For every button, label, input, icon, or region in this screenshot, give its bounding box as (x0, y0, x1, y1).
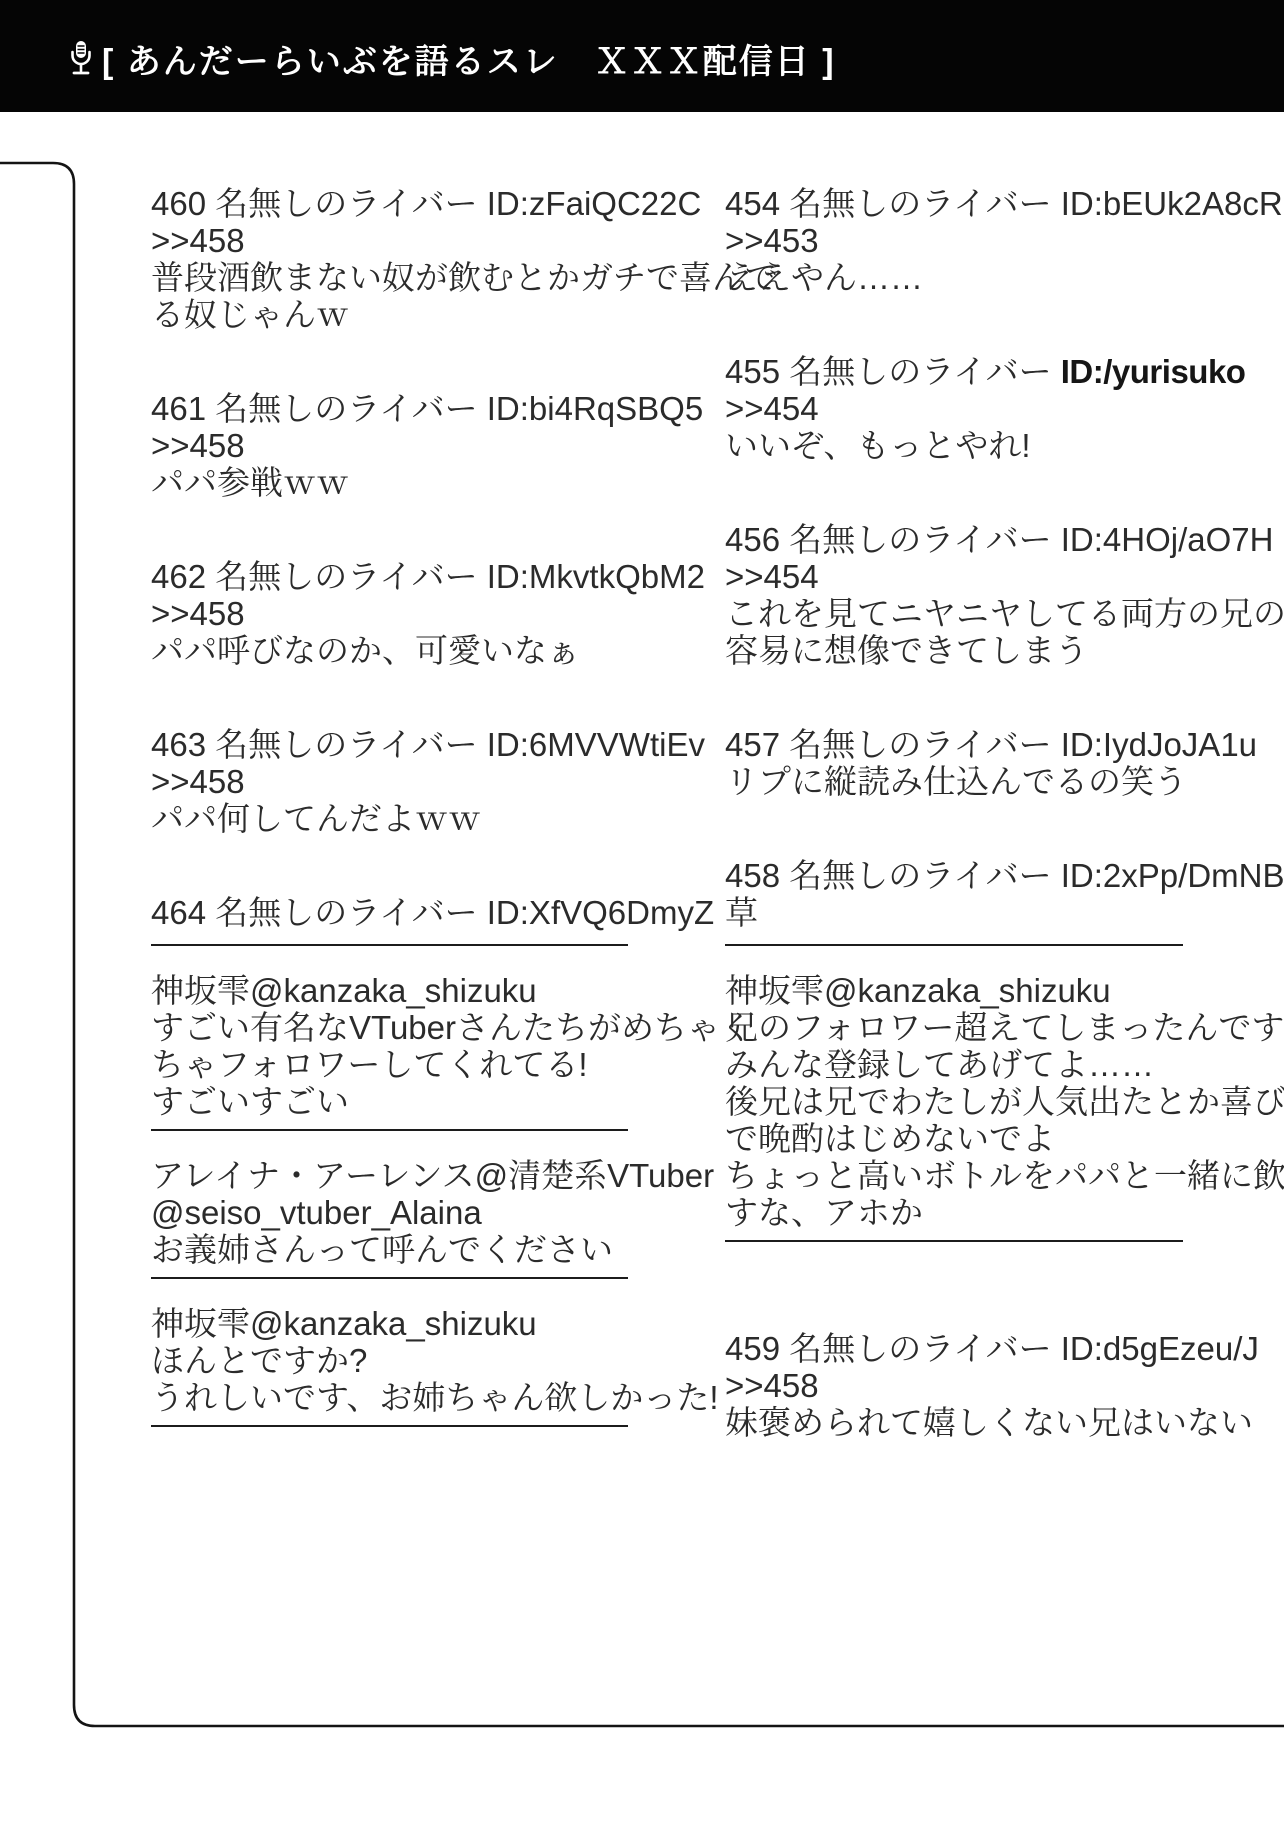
poster-name: 名無しのライバー (215, 185, 477, 222)
post-number: 460 (151, 185, 206, 222)
post-body-line: 容易に想像できてしまう (725, 632, 1183, 669)
post-number: 462 (151, 558, 206, 595)
post-459: 459 名無しのライバー ID:d5gEzeu/J>>458妹褒められて嬉しくな… (725, 1330, 1183, 1441)
post-body-line: 普段酒飲まない奴が飲むとかガチで喜んで (151, 259, 628, 296)
post-body-line: ええやん…… (725, 259, 1183, 296)
poster-id: ID:MkvtkQbM2 (487, 558, 705, 595)
post-header: 461 名無しのライバー ID:bi4RqSBQ5 (151, 390, 628, 427)
quote-line: 神坂雫@kanzaka_shizuku (151, 1305, 628, 1342)
post-body-line: パパ参戦ｗｗ (151, 464, 628, 501)
post-body-line: >>453 (725, 222, 1183, 259)
post-header: 462 名無しのライバー ID:MkvtkQbM2 (151, 558, 628, 595)
post-number: 457 (725, 726, 780, 763)
post-body-line: 草 (725, 894, 1183, 931)
quoted-tweet: 神坂雫@kanzaka_shizukuすごい有名なVTuberさんたちがめちゃく… (151, 944, 628, 1120)
post-number: 454 (725, 185, 780, 222)
poster-id: ID:6MVVWtiEv (487, 726, 705, 763)
post-number: 459 (725, 1330, 780, 1367)
post-body-line: リプに縦読み仕込んでるの笑う (725, 763, 1183, 800)
post-455: 455 名無しのライバー ID:/yurisuko>>454いいぞ、もっとやれ! (725, 353, 1183, 464)
post-number: 456 (725, 521, 780, 558)
post-457: 457 名無しのライバー ID:IydJoJA1uリプに縦読み仕込んでるの笑う (725, 726, 1183, 800)
quote-line: 後兄は兄でわたしが人気出たとか喜び勇ん (725, 1083, 1183, 1120)
poster-id: ID:bEUk2A8cR (1061, 185, 1283, 222)
poster-id: ID:IydJoJA1u (1061, 726, 1257, 763)
book-page: [ あんだーらいぶを語るスレ ＸＸＸ配信日 ] 460 名無しのライバー ID:… (0, 0, 1284, 1826)
post-header: 454 名無しのライバー ID:bEUk2A8cR (725, 185, 1183, 222)
poster-id: ID:2xPp/DmNB (1061, 857, 1284, 894)
poster-name: 名無しのライバー (215, 726, 477, 763)
post-number: 458 (725, 857, 780, 894)
post-458: 458 名無しのライバー ID:2xPp/DmNB草 (725, 857, 1183, 931)
poster-name: 名無しのライバー (789, 521, 1051, 558)
quote-line: みんな登録してあげてよ…… (725, 1046, 1183, 1083)
poster-id: ID:/yurisuko (1061, 353, 1246, 390)
quote-line: ほんとですか? (151, 1342, 628, 1379)
poster-id: ID:4HOj/aO7H (1061, 521, 1274, 558)
quoted-tweet: アレイナ・アーレンス@清楚系VTuber@seiso_vtuber_Alaina… (151, 1129, 628, 1268)
poster-name: 名無しのライバー (789, 726, 1051, 763)
post-body-line: る奴じゃんｗ (151, 296, 628, 333)
post-body-line: >>458 (151, 595, 628, 632)
quoted-tweet: 神坂雫@kanzaka_shizukuほんとですか?うれしいです、お姉ちゃん欲し… (151, 1277, 628, 1416)
post-body-line: いいぞ、もっとやれ! (725, 427, 1183, 464)
quote-line: すごい有名なVTuberさんたちがめちゃく (151, 1009, 628, 1046)
post-body-line: 妹褒められて嬉しくない兄はいない (725, 1404, 1183, 1441)
post-463: 463 名無しのライバー ID:6MVVWtiEv>>458パパ何してんだよｗｗ (151, 726, 628, 837)
post-body-line: >>454 (725, 390, 1183, 427)
thread-title-bar: [ あんだーらいぶを語るスレ ＸＸＸ配信日 ] (0, 0, 1284, 112)
quote-line: すな、アホか (725, 1194, 1183, 1231)
microphone-icon (68, 39, 94, 79)
post-body-line: >>458 (151, 763, 628, 800)
poster-name: 名無しのライバー (789, 353, 1051, 390)
post-number: 463 (151, 726, 206, 763)
post-header: 463 名無しのライバー ID:6MVVWtiEv (151, 726, 628, 763)
post-body-line: >>454 (725, 558, 1183, 595)
post-number: 464 (151, 894, 206, 931)
poster-id: ID:zFaiQC22C (487, 185, 702, 222)
post-body-line: パパ呼びなのか、可愛いなぁ (151, 632, 628, 669)
poster-id: ID:bi4RqSBQ5 (487, 390, 703, 427)
thread-column-left: 460 名無しのライバー ID:zFaiQC22C>>458普段酒飲まない奴が飲… (151, 185, 628, 1427)
post-464: 464 名無しのライバー ID:XfVQ6DmyZ (151, 894, 628, 931)
quote-line: で晩酌はじめないでよ (725, 1120, 1183, 1157)
quote-line: お義姉さんって呼んでください (151, 1231, 628, 1268)
quote-line: 神坂雫@kanzaka_shizuku (151, 972, 628, 1009)
poster-name: 名無しのライバー (789, 1330, 1051, 1367)
post-header: 460 名無しのライバー ID:zFaiQC22C (151, 185, 628, 222)
quote-line: ちゃフォロワーしてくれてる! (151, 1046, 628, 1083)
quote-divider (151, 1425, 628, 1427)
thread-title: [ あんだーらいぶを語るスレ ＸＸＸ配信日 ] (102, 34, 836, 83)
post-header: 464 名無しのライバー ID:XfVQ6DmyZ (151, 894, 628, 931)
post-header: 457 名無しのライバー ID:IydJoJA1u (725, 726, 1183, 763)
thread-column-right: 454 名無しのライバー ID:bEUk2A8cR>>453ええやん……455 … (725, 185, 1183, 1498)
quoted-tweet: 神坂雫@kanzaka_shizuku兄のフォロワー超えてしまったんですけどみん… (725, 944, 1183, 1231)
quote-divider (725, 1240, 1183, 1242)
post-454: 454 名無しのライバー ID:bEUk2A8cR>>453ええやん…… (725, 185, 1183, 296)
post-number: 461 (151, 390, 206, 427)
post-body-line: >>458 (151, 222, 628, 259)
post-456: 456 名無しのライバー ID:4HOj/aO7H>>454これを見てニヤニヤし… (725, 521, 1183, 669)
post-body-line: >>458 (725, 1367, 1183, 1404)
post-header: 456 名無しのライバー ID:4HOj/aO7H (725, 521, 1183, 558)
quote-line: 神坂雫@kanzaka_shizuku (725, 972, 1183, 1009)
post-header: 455 名無しのライバー ID:/yurisuko (725, 353, 1183, 390)
poster-name: 名無しのライバー (215, 894, 477, 931)
post-462: 462 名無しのライバー ID:MkvtkQbM2>>458パパ呼びなのか、可愛… (151, 558, 628, 669)
post-body-line: パパ何してんだよｗｗ (151, 800, 628, 837)
quote-line: うれしいです、お姉ちゃん欲しかった! (151, 1379, 628, 1416)
post-body-line: これを見てニヤニヤしてる両方の兄の姿が (725, 595, 1183, 632)
quote-line: ちょっと高いボトルをパパと一緒に飲みだ (725, 1157, 1183, 1194)
post-460: 460 名無しのライバー ID:zFaiQC22C>>458普段酒飲まない奴が飲… (151, 185, 628, 333)
quote-line: 兄のフォロワー超えてしまったんですけど (725, 1009, 1183, 1046)
poster-name: 名無しのライバー (215, 558, 477, 595)
post-461: 461 名無しのライバー ID:bi4RqSBQ5>>458パパ参戦ｗｗ (151, 390, 628, 501)
quote-line: @seiso_vtuber_Alaina (151, 1194, 628, 1231)
poster-name: 名無しのライバー (789, 857, 1051, 894)
post-header: 458 名無しのライバー ID:2xPp/DmNB (725, 857, 1183, 894)
quote-line: アレイナ・アーレンス@清楚系VTuber (151, 1157, 628, 1194)
post-header: 459 名無しのライバー ID:d5gEzeu/J (725, 1330, 1183, 1367)
poster-name: 名無しのライバー (789, 185, 1051, 222)
post-body-line: >>458 (151, 427, 628, 464)
post-number: 455 (725, 353, 780, 390)
poster-id: ID:d5gEzeu/J (1061, 1330, 1259, 1367)
poster-name: 名無しのライバー (215, 390, 477, 427)
poster-id: ID:XfVQ6DmyZ (487, 894, 714, 931)
quote-line: すごいすごい (151, 1083, 628, 1120)
